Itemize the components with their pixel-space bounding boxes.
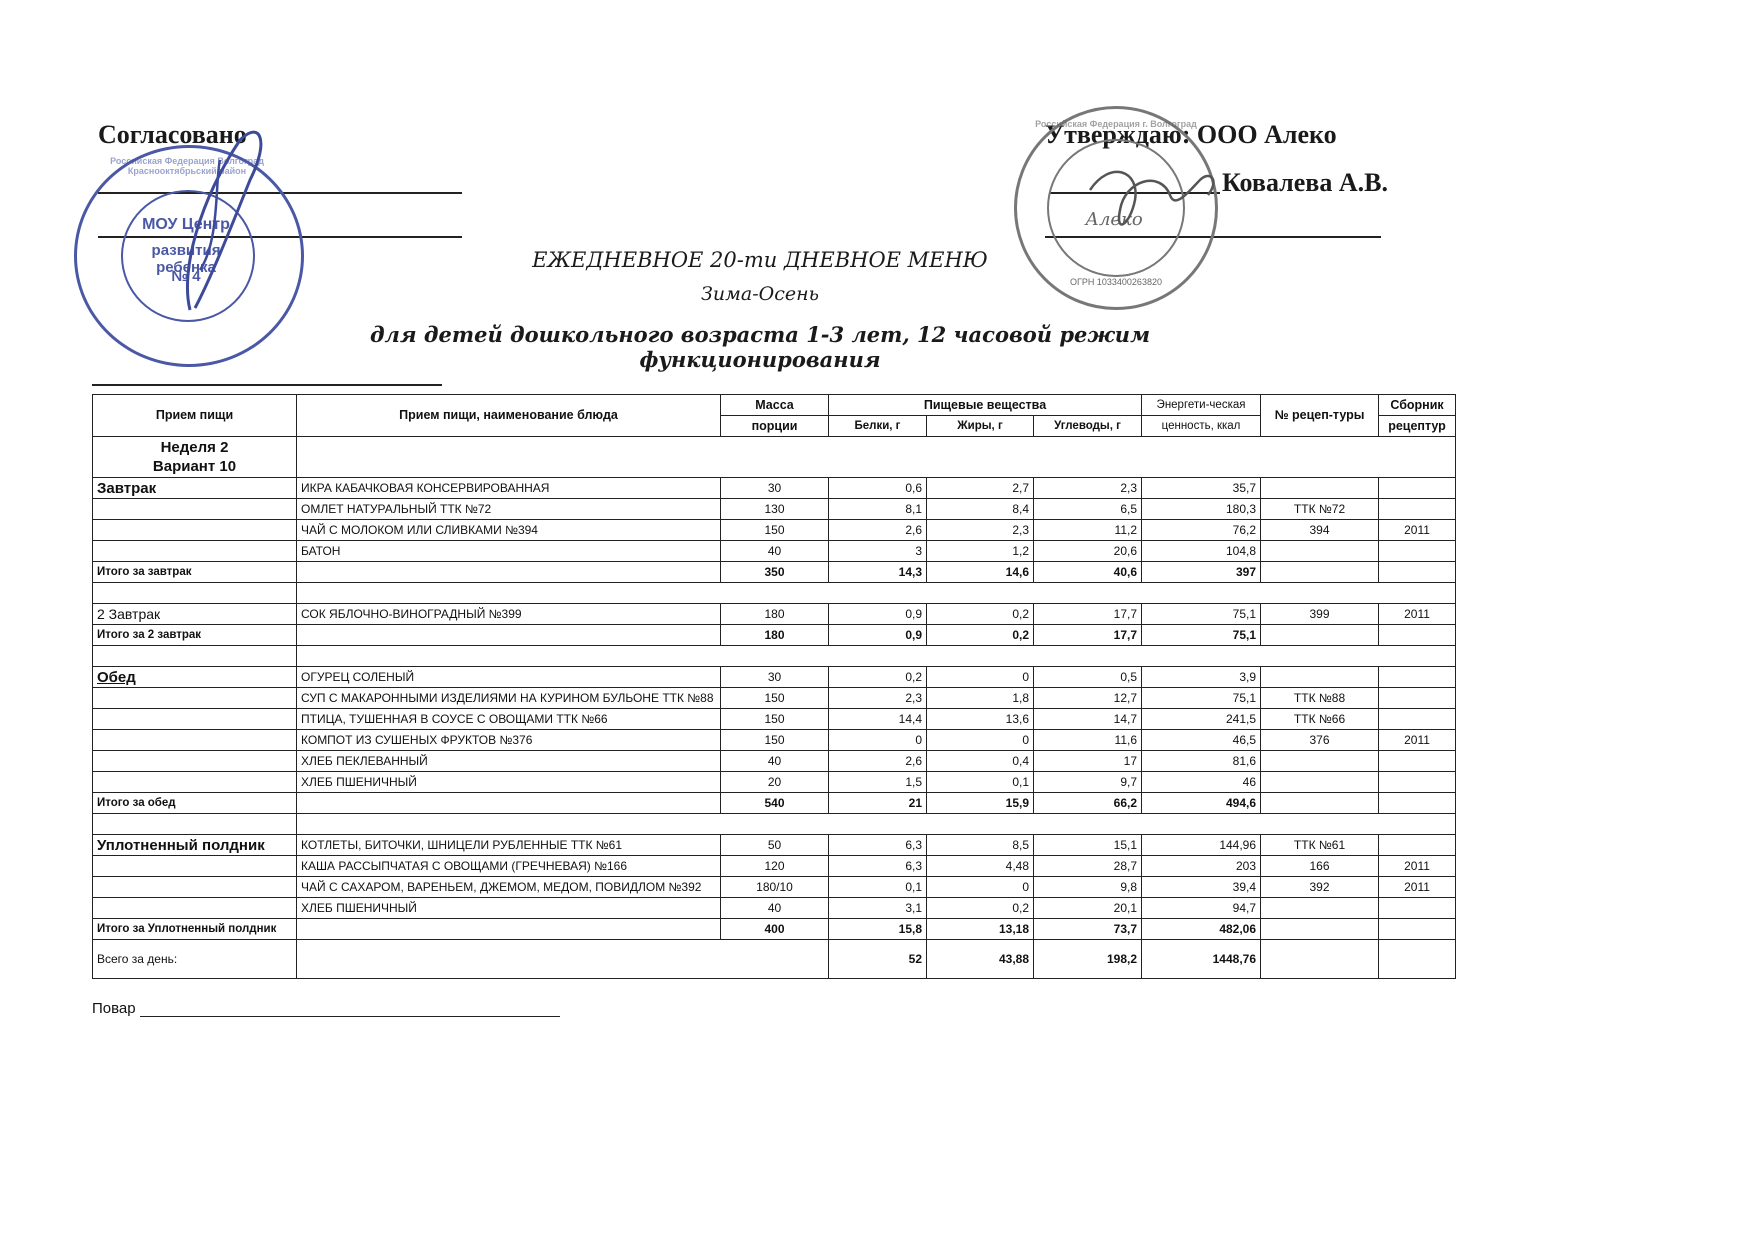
cell-mass: 350 xyxy=(721,562,829,583)
cell-recipe xyxy=(1261,478,1379,499)
right-stamp-outer-text: Российская Федерация г. Волгоград xyxy=(1027,119,1205,129)
header-dish: Прием пищи, наименование блюда xyxy=(297,395,721,437)
cell-fat: 14,6 xyxy=(927,562,1034,583)
cell-carbs: 11,2 xyxy=(1034,520,1142,541)
dish-name: ХЛЕБ ПШЕНИЧНЫЙ xyxy=(297,898,721,919)
cell-recipe xyxy=(1261,562,1379,583)
cell-carbs: 20,6 xyxy=(1034,541,1142,562)
cell-energy: 1448,76 xyxy=(1142,940,1261,979)
total-row: Всего за день:5243,88198,21448,76 xyxy=(93,940,1456,979)
week-variant-empty xyxy=(297,437,1456,478)
cell-mass: 180 xyxy=(721,604,829,625)
cell-mass: 150 xyxy=(721,709,829,730)
approver-name: Ковалева А.В. xyxy=(1222,168,1388,198)
cell-collection xyxy=(1379,688,1456,709)
cell-recipe xyxy=(1261,541,1379,562)
cell-collection: 2011 xyxy=(1379,520,1456,541)
cell-protein: 0,9 xyxy=(829,625,927,646)
cell-collection: 2011 xyxy=(1379,856,1456,877)
cell-protein: 21 xyxy=(829,793,927,814)
dish-name: СУП С МАКАРОННЫМИ ИЗДЕЛИЯМИ НА КУРИНОМ Б… xyxy=(297,688,721,709)
spacer-cell xyxy=(297,646,1456,667)
cell-energy: 104,8 xyxy=(1142,541,1261,562)
cell-fat: 0 xyxy=(927,877,1034,898)
meal-name: Обед xyxy=(93,667,297,688)
cell-protein: 1,5 xyxy=(829,772,927,793)
spacer-cell xyxy=(93,814,297,835)
cell-fat: 2,7 xyxy=(927,478,1034,499)
cell-energy: 75,1 xyxy=(1142,625,1261,646)
dish-name xyxy=(297,625,721,646)
variant-label: Вариант 10 xyxy=(97,457,292,476)
cell-protein: 0,2 xyxy=(829,667,927,688)
cell-fat: 13,18 xyxy=(927,919,1034,940)
meal-name xyxy=(93,499,297,520)
season-subtitle: Зима-Осень xyxy=(400,283,1120,305)
cell-fat: 0,2 xyxy=(927,898,1034,919)
cell-energy: 75,1 xyxy=(1142,688,1261,709)
header-carbs: Углеводы, г xyxy=(1034,416,1142,437)
cell-recipe: 399 xyxy=(1261,604,1379,625)
cell-mass: 40 xyxy=(721,541,829,562)
cell-mass: 150 xyxy=(721,688,829,709)
meal-name: Завтрак xyxy=(93,478,297,499)
cell-mass: 180 xyxy=(721,625,829,646)
total-row: Итого за обед5402115,966,2494,6 xyxy=(93,793,1456,814)
table-row: ЗавтракИКРА КАБАЧКОВАЯ КОНСЕРВИРОВАННАЯ3… xyxy=(93,478,1456,499)
cell-energy: 482,06 xyxy=(1142,919,1261,940)
cell-collection xyxy=(1379,541,1456,562)
cell-recipe: ТТК №72 xyxy=(1261,499,1379,520)
total-label: Всего за день: xyxy=(93,940,297,979)
cell-fat: 4,48 xyxy=(927,856,1034,877)
meal-name xyxy=(93,709,297,730)
cell-carbs: 17 xyxy=(1034,751,1142,772)
cell-carbs: 2,3 xyxy=(1034,478,1142,499)
cell-fat: 8,4 xyxy=(927,499,1034,520)
cell-carbs: 6,5 xyxy=(1034,499,1142,520)
dish-name: ЧАЙ С САХАРОМ, ВАРЕНЬЕМ, ДЖЕМОМ, МЕДОМ, … xyxy=(297,877,721,898)
cell-fat: 1,2 xyxy=(927,541,1034,562)
audience-subtitle: для детей дошкольного возраста 1-3 лет, … xyxy=(280,322,1240,372)
cell-fat: 0,2 xyxy=(927,625,1034,646)
meal-name xyxy=(93,520,297,541)
cell-protein: 52 xyxy=(829,940,927,979)
spacer-row xyxy=(93,814,1456,835)
cell-fat: 0,2 xyxy=(927,604,1034,625)
cell-mass: 40 xyxy=(721,898,829,919)
table-row: ЧАЙ С САХАРОМ, ВАРЕНЬЕМ, ДЖЕМОМ, МЕДОМ, … xyxy=(93,877,1456,898)
cell-protein: 6,3 xyxy=(829,835,927,856)
cell-mass: 180/10 xyxy=(721,877,829,898)
cell-protein: 14,3 xyxy=(829,562,927,583)
cell-mass: 150 xyxy=(721,730,829,751)
dish-name: КАША РАССЫПЧАТАЯ С ОВОЩАМИ (ГРЕЧНЕВАЯ) №… xyxy=(297,856,721,877)
total-label: Итого за 2 завтрак xyxy=(93,625,297,646)
cell-carbs: 20,1 xyxy=(1034,898,1142,919)
total-label: Итого за обед xyxy=(93,793,297,814)
table-row: ЧАЙ С МОЛОКОМ ИЛИ СЛИВКАМИ №3941502,62,3… xyxy=(93,520,1456,541)
cell-energy: 397 xyxy=(1142,562,1261,583)
right-signature-icon xyxy=(1080,150,1230,240)
cell-carbs: 28,7 xyxy=(1034,856,1142,877)
table-row: Уплотненный полдникКОТЛЕТЫ, БИТОЧКИ, ШНИ… xyxy=(93,835,1456,856)
cell-protein: 8,1 xyxy=(829,499,927,520)
cell-carbs: 14,7 xyxy=(1034,709,1142,730)
cell-energy: 180,3 xyxy=(1142,499,1261,520)
table-row: КОМПОТ ИЗ СУШЕНЫХ ФРУКТОВ №3761500011,64… xyxy=(93,730,1456,751)
cell-collection xyxy=(1379,499,1456,520)
cell-mass: 50 xyxy=(721,835,829,856)
cell-protein: 14,4 xyxy=(829,709,927,730)
table-row: ПТИЦА, ТУШЕННАЯ В СОУСЕ С ОВОЩАМИ ТТК №6… xyxy=(93,709,1456,730)
cell-recipe: 166 xyxy=(1261,856,1379,877)
cell-collection: 2011 xyxy=(1379,604,1456,625)
cell-fat: 0,1 xyxy=(927,772,1034,793)
cell-recipe: ТТК №66 xyxy=(1261,709,1379,730)
cell-carbs: 17,7 xyxy=(1034,625,1142,646)
cook-label: Повар xyxy=(92,1000,136,1017)
spacer-cell xyxy=(93,646,297,667)
cell-energy: 46,5 xyxy=(1142,730,1261,751)
table-row: ОбедОГУРЕЦ СОЛЕНЫЙ300,200,53,9 xyxy=(93,667,1456,688)
header-fat: Жиры, г xyxy=(927,416,1034,437)
cell-carbs: 73,7 xyxy=(1034,919,1142,940)
cell-fat: 0,4 xyxy=(927,751,1034,772)
cell-fat: 8,5 xyxy=(927,835,1034,856)
cell-carbs: 0,5 xyxy=(1034,667,1142,688)
meal-name xyxy=(93,541,297,562)
cell-mass: 150 xyxy=(721,520,829,541)
cell-protein: 2,6 xyxy=(829,520,927,541)
cell-energy: 46 xyxy=(1142,772,1261,793)
total-label: Итого за Уплотненный полдник xyxy=(93,919,297,940)
header-nutrients: Пищевые вещества xyxy=(829,395,1142,416)
dish-name: СОК ЯБЛОЧНО-ВИНОГРАДНЫЙ №399 xyxy=(297,604,721,625)
cell-mass: 40 xyxy=(721,751,829,772)
header-energy-top: Энергети-ческая xyxy=(1142,395,1261,416)
cell-collection xyxy=(1379,562,1456,583)
week-label: Неделя 2 xyxy=(97,438,292,457)
cell-recipe xyxy=(1261,751,1379,772)
total-row: Итого за 2 завтрак1800,90,217,775,1 xyxy=(93,625,1456,646)
dish-name: ХЛЕБ ПШЕНИЧНЫЙ xyxy=(297,772,721,793)
menu-table: Прием пищи Прием пищи, наименование блюд… xyxy=(92,394,1456,979)
cell-collection xyxy=(1379,751,1456,772)
cell-recipe xyxy=(1261,793,1379,814)
cell-mass: 20 xyxy=(721,772,829,793)
table-row: 2 ЗавтракСОК ЯБЛОЧНО-ВИНОГРАДНЫЙ №399180… xyxy=(93,604,1456,625)
cell-energy: 81,6 xyxy=(1142,751,1261,772)
cell-carbs: 9,7 xyxy=(1034,772,1142,793)
cell-protein: 2,3 xyxy=(829,688,927,709)
cell-carbs: 12,7 xyxy=(1034,688,1142,709)
dish-name: ЧАЙ С МОЛОКОМ ИЛИ СЛИВКАМИ №394 xyxy=(297,520,721,541)
meal-name: 2 Завтрак xyxy=(93,604,297,625)
cell-collection xyxy=(1379,835,1456,856)
cell-energy: 39,4 xyxy=(1142,877,1261,898)
cell-collection xyxy=(1379,709,1456,730)
cell-collection xyxy=(1379,667,1456,688)
cell-mass: 540 xyxy=(721,793,829,814)
cell-mass: 130 xyxy=(721,499,829,520)
cell-protein: 0,1 xyxy=(829,877,927,898)
cell-collection xyxy=(1379,898,1456,919)
cell-carbs: 40,6 xyxy=(1034,562,1142,583)
total-row: Итого за завтрак35014,314,640,6397 xyxy=(93,562,1456,583)
table-row: ХЛЕБ ПШЕНИЧНЫЙ403,10,220,194,7 xyxy=(93,898,1456,919)
meal-name xyxy=(93,856,297,877)
cell-recipe: ТТК №61 xyxy=(1261,835,1379,856)
dish-name: БАТОН xyxy=(297,541,721,562)
cell-carbs: 9,8 xyxy=(1034,877,1142,898)
header-recipe: № рецеп-туры xyxy=(1261,395,1379,437)
header-meal: Прием пищи xyxy=(93,395,297,437)
dish-name: ОГУРЕЦ СОЛЕНЫЙ xyxy=(297,667,721,688)
cell-energy: 144,96 xyxy=(1142,835,1261,856)
header-collection-top: Сборник xyxy=(1379,395,1456,416)
cell-protein: 6,3 xyxy=(829,856,927,877)
cell-carbs: 198,2 xyxy=(1034,940,1142,979)
cell-energy: 75,1 xyxy=(1142,604,1261,625)
cell-collection xyxy=(1379,772,1456,793)
cell-collection xyxy=(1379,940,1456,979)
cell-collection xyxy=(1379,478,1456,499)
cell-mass: 30 xyxy=(721,667,829,688)
table-row: КАША РАССЫПЧАТАЯ С ОВОЩАМИ (ГРЕЧНЕВАЯ) №… xyxy=(93,856,1456,877)
dish-name: КОМПОТ ИЗ СУШЕНЫХ ФРУКТОВ №376 xyxy=(297,730,721,751)
total-label: Итого за завтрак xyxy=(93,562,297,583)
dish-name: КОТЛЕТЫ, БИТОЧКИ, ШНИЦЕЛИ РУБЛЕННЫЕ ТТК … xyxy=(297,835,721,856)
cell-recipe xyxy=(1261,667,1379,688)
meal-name xyxy=(93,730,297,751)
left-signature-icon xyxy=(160,120,280,320)
cell-fat: 13,6 xyxy=(927,709,1034,730)
table-row: ХЛЕБ ПШЕНИЧНЫЙ201,50,19,746 xyxy=(93,772,1456,793)
dish-name xyxy=(297,562,721,583)
cell-energy: 76,2 xyxy=(1142,520,1261,541)
header-mass-bottom: порции xyxy=(721,416,829,437)
dish-name: ПТИЦА, ТУШЕННАЯ В СОУСЕ С ОВОЩАМИ ТТК №6… xyxy=(297,709,721,730)
cell-protein: 3 xyxy=(829,541,927,562)
cell-mass: 120 xyxy=(721,856,829,877)
menu-title: ЕЖЕДНЕВНОЕ 20-ти ДНЕВНОЕ МЕНЮ xyxy=(400,248,1120,272)
cell-recipe: ТТК №88 xyxy=(1261,688,1379,709)
meal-name: Уплотненный полдник xyxy=(93,835,297,856)
cook-signature: Повар xyxy=(92,1000,560,1017)
cell-collection xyxy=(1379,625,1456,646)
header-protein: Белки, г xyxy=(829,416,927,437)
week-variant-row: Неделя 2 Вариант 10 xyxy=(93,437,1456,478)
cell-energy: 203 xyxy=(1142,856,1261,877)
header-energy-bottom: ценность, ккал xyxy=(1142,416,1261,437)
cell-collection: 2011 xyxy=(1379,877,1456,898)
table-row: ОМЛЕТ НАТУРАЛЬНЫЙ ТТК №721308,18,46,5180… xyxy=(93,499,1456,520)
table-row: ХЛЕБ ПЕКЛЕВАННЫЙ402,60,41781,6 xyxy=(93,751,1456,772)
dish-name xyxy=(297,793,721,814)
cell-collection xyxy=(1379,919,1456,940)
cell-fat: 1,8 xyxy=(927,688,1034,709)
dish-name: ХЛЕБ ПЕКЛЕВАННЫЙ xyxy=(297,751,721,772)
cell-recipe: 394 xyxy=(1261,520,1379,541)
cell-carbs: 11,6 xyxy=(1034,730,1142,751)
spacer-cell xyxy=(297,814,1456,835)
meal-name xyxy=(93,772,297,793)
cell-carbs: 15,1 xyxy=(1034,835,1142,856)
cell-fat: 0 xyxy=(927,730,1034,751)
cell-recipe xyxy=(1261,898,1379,919)
dish-name: ОМЛЕТ НАТУРАЛЬНЫЙ ТТК №72 xyxy=(297,499,721,520)
cell-recipe xyxy=(1261,919,1379,940)
header-collection-bottom: рецептур xyxy=(1379,416,1456,437)
cell-fat: 15,9 xyxy=(927,793,1034,814)
cell-protein: 0,9 xyxy=(829,604,927,625)
cell-mass: 30 xyxy=(721,478,829,499)
cell-recipe: 376 xyxy=(1261,730,1379,751)
spacer-cell xyxy=(297,583,1456,604)
cell-protein: 0 xyxy=(829,730,927,751)
cell-protein: 15,8 xyxy=(829,919,927,940)
cell-energy: 94,7 xyxy=(1142,898,1261,919)
table-row: БАТОН4031,220,6104,8 xyxy=(93,541,1456,562)
cell-recipe xyxy=(1261,772,1379,793)
meal-name xyxy=(93,898,297,919)
agreed-signature-line-3 xyxy=(92,384,442,386)
cell-protein: 0,6 xyxy=(829,478,927,499)
cell-energy: 494,6 xyxy=(1142,793,1261,814)
spacer-row xyxy=(93,646,1456,667)
cell-protein: 2,6 xyxy=(829,751,927,772)
cell-energy: 241,5 xyxy=(1142,709,1261,730)
dish-name xyxy=(297,919,721,940)
spacer-row xyxy=(93,583,1456,604)
total-row: Итого за Уплотненный полдник40015,813,18… xyxy=(93,919,1456,940)
dish-name xyxy=(297,940,829,979)
cell-fat: 0 xyxy=(927,667,1034,688)
header-mass-top: Масса xyxy=(721,395,829,416)
table-row: СУП С МАКАРОННЫМИ ИЗДЕЛИЯМИ НА КУРИНОМ Б… xyxy=(93,688,1456,709)
meal-name xyxy=(93,688,297,709)
cell-recipe xyxy=(1261,940,1379,979)
cell-collection xyxy=(1379,793,1456,814)
cell-recipe xyxy=(1261,625,1379,646)
cell-carbs: 66,2 xyxy=(1034,793,1142,814)
spacer-cell xyxy=(93,583,297,604)
cell-carbs: 17,7 xyxy=(1034,604,1142,625)
dish-name: ИКРА КАБАЧКОВАЯ КОНСЕРВИРОВАННАЯ xyxy=(297,478,721,499)
cell-collection: 2011 xyxy=(1379,730,1456,751)
meal-name xyxy=(93,751,297,772)
cell-energy: 3,9 xyxy=(1142,667,1261,688)
cell-mass: 400 xyxy=(721,919,829,940)
cell-recipe: 392 xyxy=(1261,877,1379,898)
cell-protein: 3,1 xyxy=(829,898,927,919)
meal-name xyxy=(93,877,297,898)
cell-fat: 2,3 xyxy=(927,520,1034,541)
week-variant-cell: Неделя 2 Вариант 10 xyxy=(93,437,297,478)
cell-fat: 43,88 xyxy=(927,940,1034,979)
cook-signature-line xyxy=(140,1016,560,1017)
cell-energy: 35,7 xyxy=(1142,478,1261,499)
